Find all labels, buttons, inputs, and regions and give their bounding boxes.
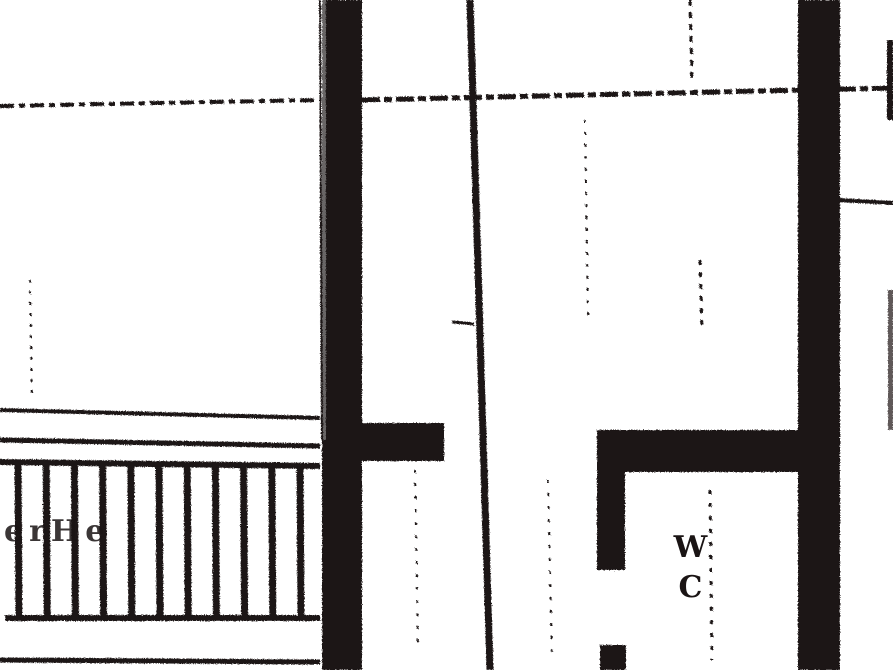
wc-label-line-1: W bbox=[656, 528, 726, 568]
dotted-line bbox=[585, 120, 588, 320]
wc-room-label: W C bbox=[656, 528, 726, 608]
stair-tread bbox=[244, 464, 245, 618]
partition-tick bbox=[452, 322, 474, 324]
dotted-line bbox=[548, 480, 552, 660]
right-wall bbox=[798, 0, 840, 670]
thin-center-partition bbox=[470, 0, 490, 670]
far-right-wall-edge bbox=[887, 40, 893, 120]
wc-label-line-2: C bbox=[656, 568, 726, 608]
right-dashed-line bbox=[838, 200, 893, 203]
wc-wall-left bbox=[597, 430, 625, 570]
wc-wall-bottom-stub bbox=[600, 645, 626, 670]
dotted-line bbox=[415, 470, 418, 650]
wc-wall-top bbox=[598, 430, 800, 472]
dotted-line bbox=[700, 260, 702, 330]
floor-plan bbox=[0, 0, 893, 670]
left-center-wall bbox=[322, 0, 362, 670]
stair-tread bbox=[272, 464, 273, 618]
dotted-line bbox=[690, 0, 692, 80]
upper-dashed-line bbox=[0, 100, 318, 106]
stair-overlay-text: erHe bbox=[4, 514, 234, 549]
dotted-line bbox=[30, 280, 32, 400]
far-right-wall-edge-lower bbox=[888, 290, 893, 430]
stair-tread bbox=[300, 464, 301, 618]
center-wall-stub bbox=[360, 423, 444, 461]
